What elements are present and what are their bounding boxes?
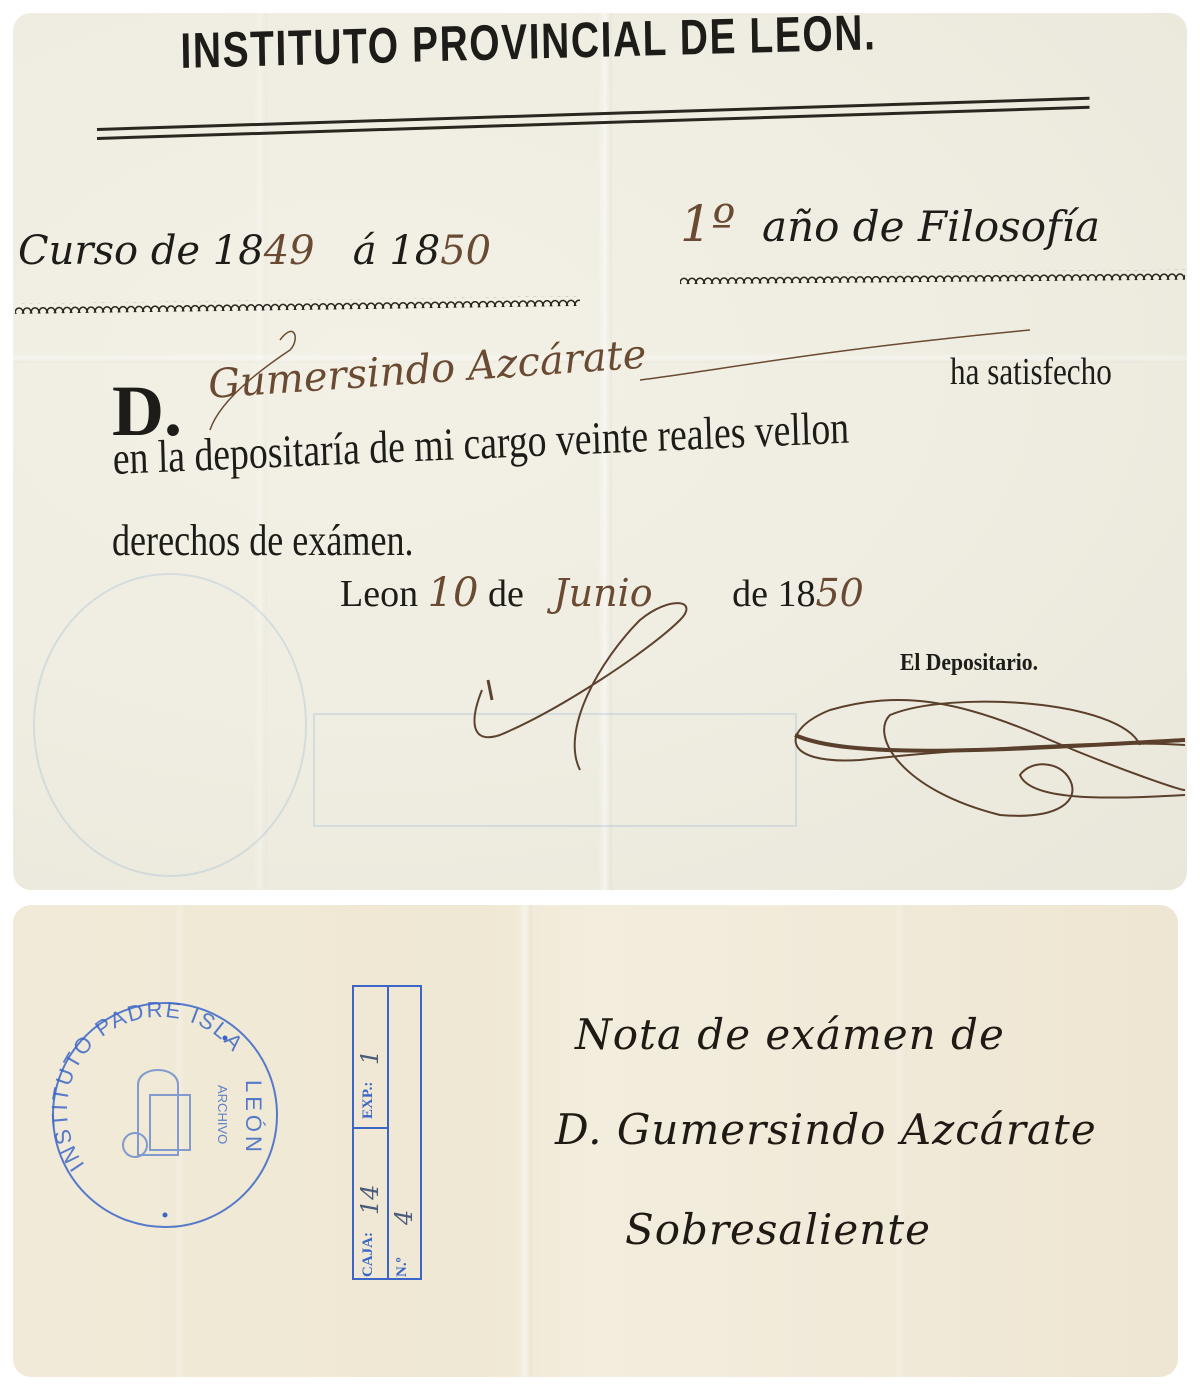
instituto-padre-isla-archive-stamp: INSTITUTO PADRE ISLA LEÓN ARCHIVO — [50, 1000, 280, 1230]
caja-label: CAJA: — [360, 1232, 377, 1277]
signature-flourish-icon — [795, 700, 1185, 816]
handwritten-flourishes — [0, 0, 1200, 900]
name-underline-stroke-icon — [640, 330, 1030, 380]
name-flourish-icon — [210, 331, 295, 430]
exam-grade: Sobresaliente — [625, 1205, 931, 1254]
exp-label: EXP.: — [360, 1082, 377, 1119]
exam-note-line-1: Nota de exámen de — [575, 1010, 1005, 1059]
exam-note-line-2: D. Gumersindo Azcárate — [555, 1105, 1097, 1154]
date-flourish-icon — [475, 603, 687, 770]
stamp-inner-text: ARCHIVO — [215, 1085, 230, 1144]
paper-fold — [518, 905, 532, 1377]
numero-label: N.º — [394, 1257, 411, 1277]
exp-value-handwritten: 1 — [356, 1050, 384, 1065]
archive-reference-box: CAJA: 14 EXP.: 1 N.º 4 — [352, 985, 422, 1280]
building-emblem-icon — [123, 1070, 190, 1157]
numero-value-handwritten: 4 — [390, 1210, 418, 1225]
stamp-city-text: LEÓN — [241, 1080, 266, 1156]
caja-value-handwritten: 14 — [356, 1184, 384, 1215]
